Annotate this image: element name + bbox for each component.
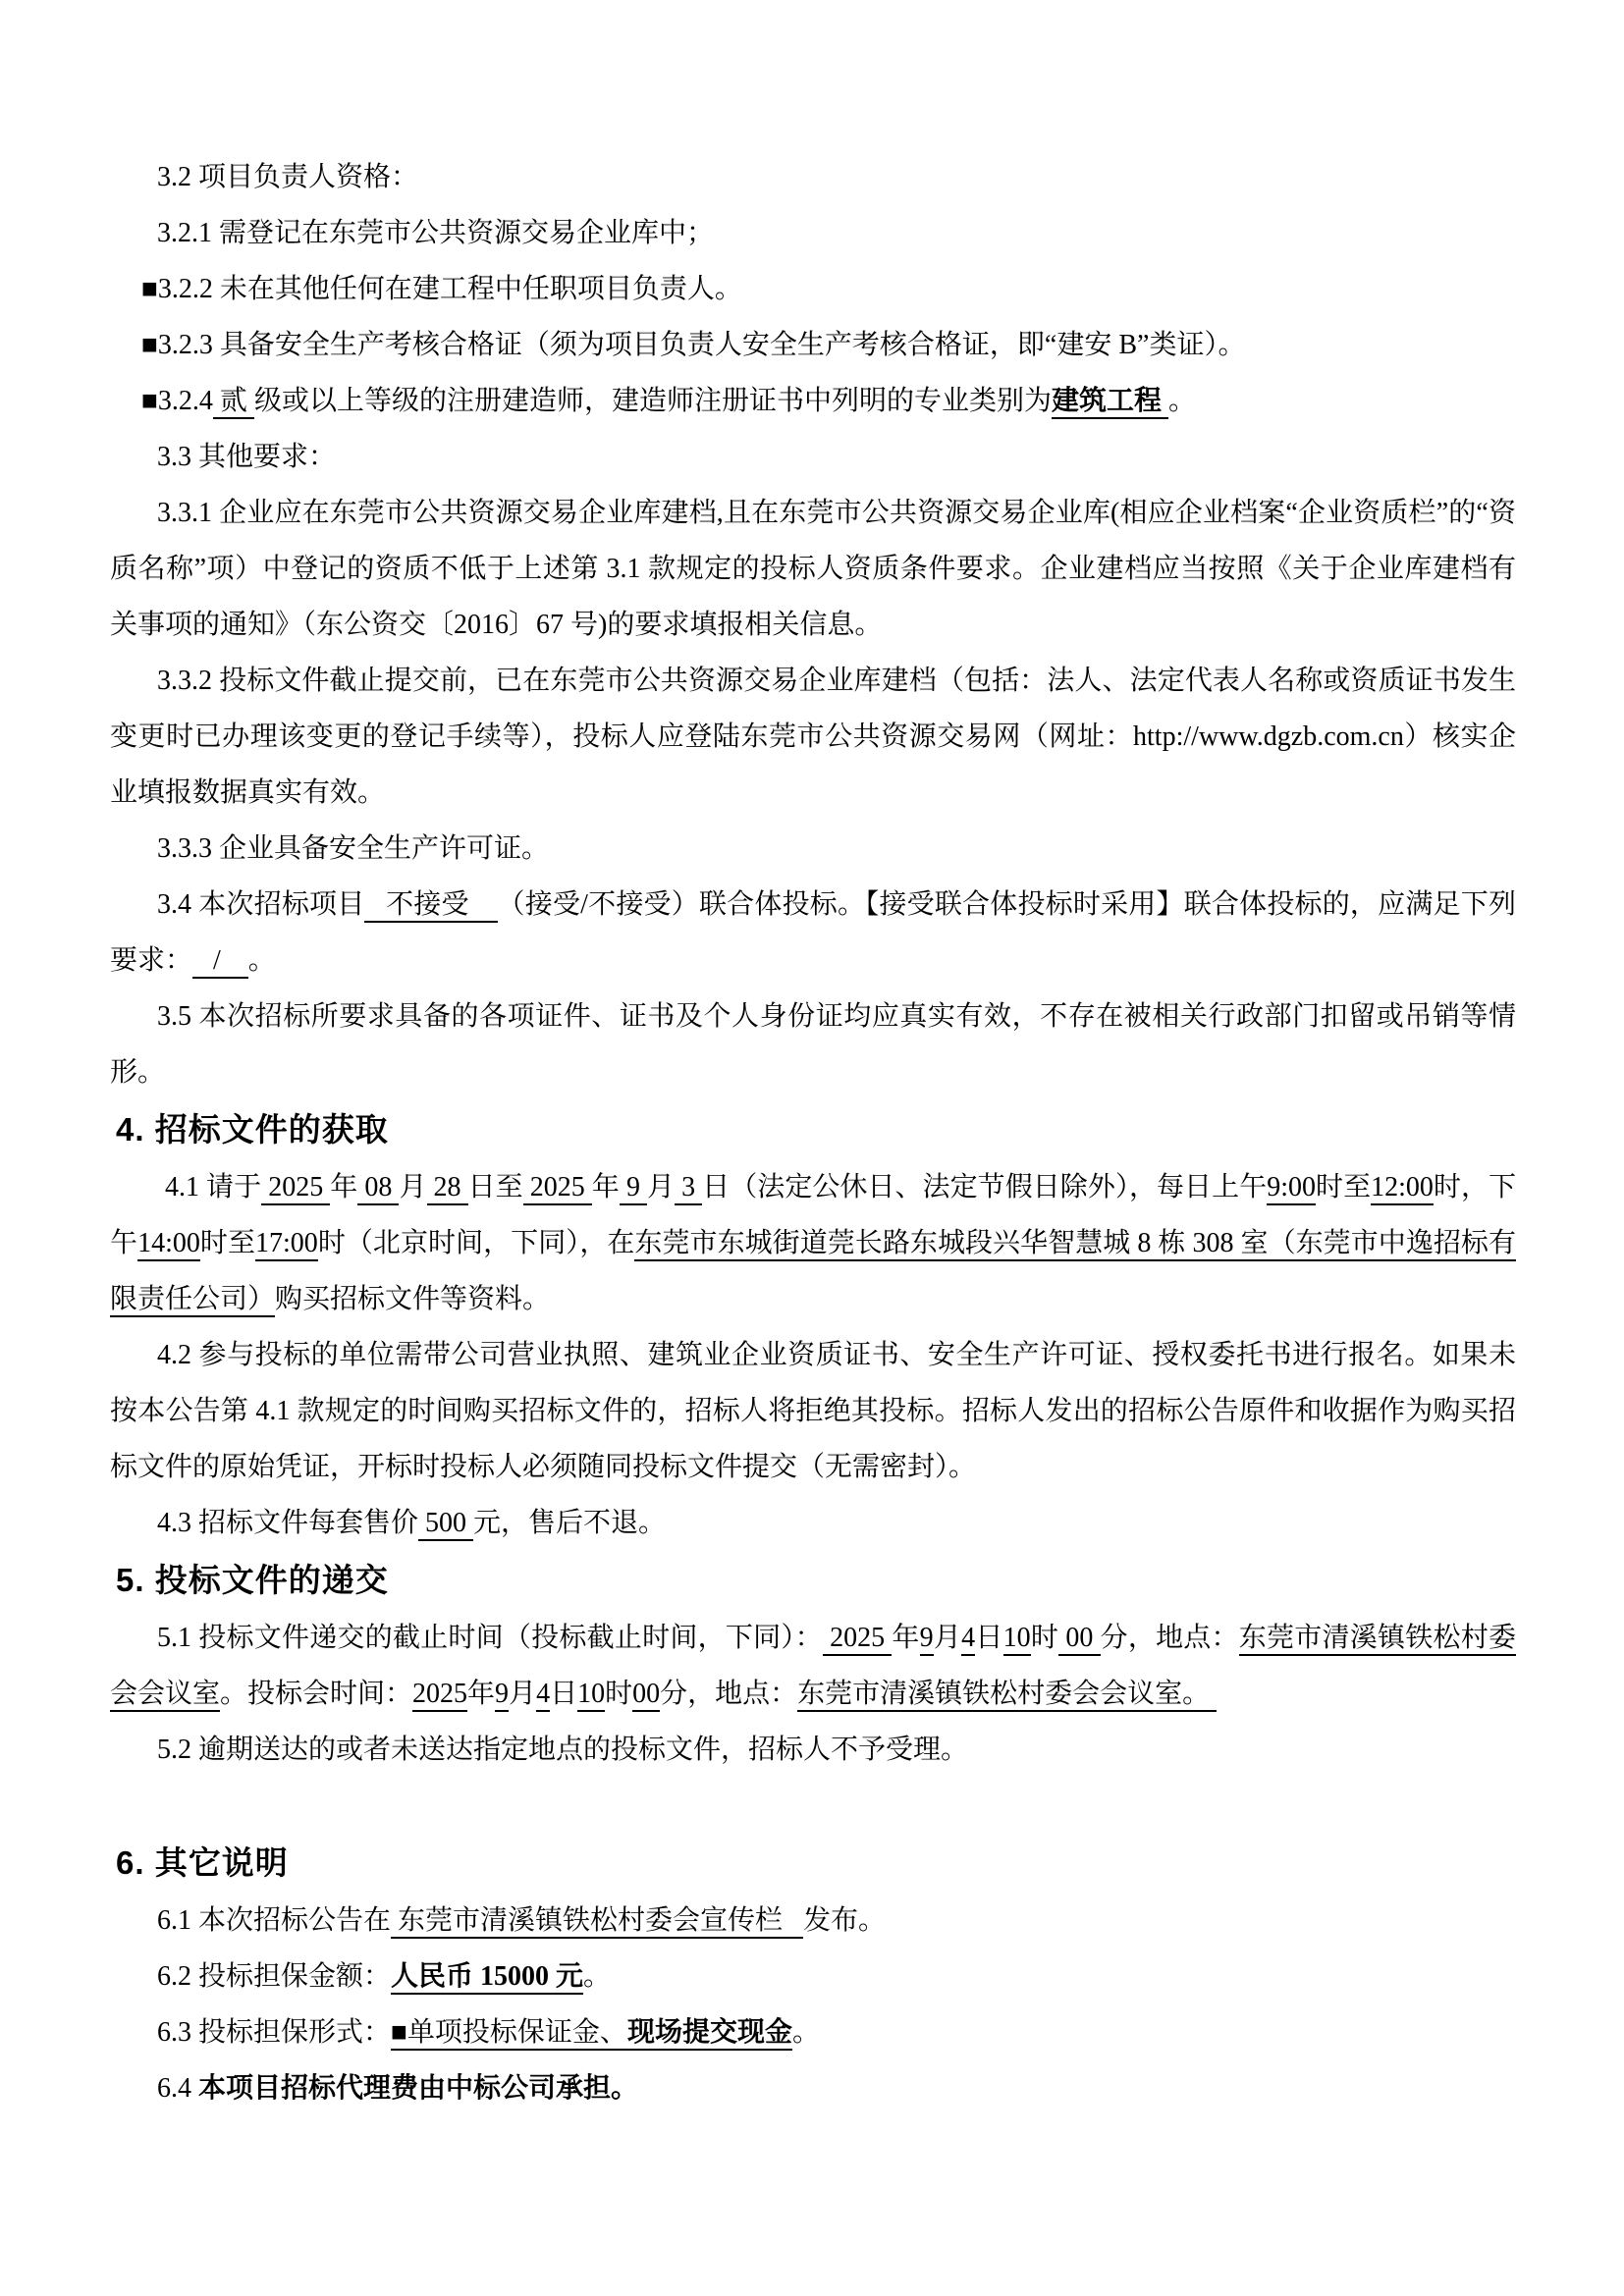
clause-3-5: 3.5 本次招标所要求具备的各项证件、证书及个人身份证均应真实有效，不存在被相关… xyxy=(110,988,1516,1100)
blank-line xyxy=(110,1778,1516,1834)
text-run: 建筑工程 xyxy=(1052,386,1168,419)
text-run: 3.5 本次招标所要求具备的各项证件、证书及个人身份证均应真实有效，不存在被相关… xyxy=(110,1001,1516,1088)
text-run: 时 xyxy=(1031,1623,1059,1653)
text-run: 3.2.1 需登记在东莞市公共资源交易企业库中； xyxy=(157,218,714,248)
text-run: 08 xyxy=(357,1172,399,1205)
text-run: 3 xyxy=(675,1172,702,1205)
text-run: 月 xyxy=(399,1172,426,1202)
clause-3-2-2: ■3.2.2 未在其他任何在建工程中任职项目负责人。 xyxy=(110,261,1516,317)
clause-4-1: 4.1 请于 2025 年 08 月 28 日至 2025 年 9 月 3 日（… xyxy=(110,1159,1516,1327)
text-run: 现场提交现金 xyxy=(627,2017,792,2051)
text-run: 3.3.1 企业应在东莞市公共资源交易企业库建档,且在东莞市公共资源交易企业库(… xyxy=(110,498,1516,640)
text-run: 4.2 参与投标的单位需带公司营业执照、建筑业企业资质证书、安全生产许可证、授权… xyxy=(110,1340,1516,1482)
text-run: 日（法定公休日、法定节假日除外），每日上午 xyxy=(702,1172,1267,1202)
text-run: 贰 xyxy=(213,386,254,419)
text-run: 2025 xyxy=(823,1623,893,1656)
clause-3-2-1: 3.2.1 需登记在东莞市公共资源交易企业库中； xyxy=(110,205,1516,261)
text-run: 5.2 逾期送达的或者未送达指定地点的投标文件，招标人不予受理。 xyxy=(157,1735,968,1765)
text-run: 不接受 xyxy=(364,889,497,923)
heading-section-6: 6. 其它说明 xyxy=(110,1834,1516,1893)
text-run: 3.2 项目负责人资格： xyxy=(157,162,418,192)
clause-6-3: 6.3 投标担保形式：■单项投标保证金、现场提交现金。 xyxy=(110,2004,1516,2060)
text-run: 6.2 投标担保金额： xyxy=(157,1961,391,1992)
text-run: 2025 xyxy=(412,1679,467,1712)
text-run: 。 xyxy=(1168,386,1196,416)
text-run: 年 xyxy=(467,1679,495,1709)
text-run: 时（北京时间，下同），在 xyxy=(318,1228,635,1258)
text-run: 日 xyxy=(550,1679,577,1709)
text-run: 时 xyxy=(605,1679,632,1709)
text-run: 元，售后不退。 xyxy=(473,1508,666,1538)
text-run: 。 xyxy=(248,945,276,976)
clause-3-3-3: 3.3.3 企业具备安全生产许可证。 xyxy=(110,821,1516,877)
text-run: 4.3 招标文件每套售价 xyxy=(157,1508,418,1538)
text-run: 3.3 其他要求： xyxy=(157,442,336,472)
text-run: 10 xyxy=(1003,1623,1031,1656)
clause-3-2-4: ■3.2.4 贰 级或以上等级的注册建造师，建造师注册证书中列明的专业类别为建筑… xyxy=(110,373,1516,429)
text-run: 6. 其它说明 xyxy=(116,1844,289,1881)
text-run: 时至 xyxy=(1316,1172,1371,1202)
text-run: 12:00 xyxy=(1371,1172,1434,1205)
text-run: 6.1 本次招标公告在 xyxy=(157,1905,391,1936)
text-run: 00 xyxy=(1058,1623,1101,1656)
text-run: 6.4 xyxy=(157,2073,198,2104)
text-run: 3.4 本次招标项目 xyxy=(157,889,364,920)
text-run: 。投标会时间： xyxy=(220,1679,412,1709)
text-run: 时至 xyxy=(200,1228,255,1258)
text-run: 东莞市清溪镇铁松村委会宣传栏 xyxy=(391,1905,803,1939)
text-run: 月 xyxy=(647,1172,675,1202)
text-run: 日至 xyxy=(468,1172,523,1202)
clause-6-2: 6.2 投标担保金额：人民币 15000 元。 xyxy=(110,1949,1516,2004)
text-run: 年 xyxy=(330,1172,357,1202)
text-run: 4.1 请于 xyxy=(165,1172,261,1202)
text-run: 9 xyxy=(920,1623,934,1656)
clause-3-2-3: ■3.2.3 具备安全生产考核合格证（须为项目负责人安全生产考核合格证，即“建安… xyxy=(110,317,1516,373)
clause-6-4: 6.4 本项目招标代理费由中标公司承担。 xyxy=(110,2060,1516,2116)
text-run: 6.3 投标担保形式： xyxy=(157,2017,391,2048)
text-run: 购买招标文件等资料。 xyxy=(275,1284,550,1314)
text-run: 年 xyxy=(892,1623,919,1653)
text-run: 4 xyxy=(536,1679,550,1712)
text-run: 年 xyxy=(592,1172,620,1202)
text-run: ■3.2.4 xyxy=(141,386,213,416)
text-run: 3.3.3 企业具备安全生产许可证。 xyxy=(157,833,549,864)
heading-section-5: 5. 投标文件的递交 xyxy=(110,1551,1516,1610)
text-run: 级或以上等级的注册建造师，建造师注册证书中列明的专业类别为 xyxy=(254,386,1052,416)
clause-4-2: 4.2 参与投标的单位需带公司营业执照、建筑业企业资质证书、安全生产许可证、授权… xyxy=(110,1327,1516,1495)
clause-5-1: 5.1 投标文件递交的截止时间（投标截止时间，下同）： 2025 年9月4日10… xyxy=(110,1610,1516,1722)
text-run: 3.3.2 投标文件截止提交前，已在东莞市公共资源交易企业库建档（包括：法人、法… xyxy=(110,666,1516,808)
text-run: 9 xyxy=(620,1172,647,1205)
text-run: 2025 xyxy=(261,1172,330,1205)
text-run: 500 xyxy=(418,1508,473,1541)
heading-section-4: 4. 招标文件的获取 xyxy=(110,1100,1516,1159)
text-run: 分，地点： xyxy=(1101,1623,1239,1653)
clause-3-4: 3.4 本次招标项目 不接受 （接受/不接受）联合体投标。【接受联合体投标时采用… xyxy=(110,877,1516,988)
text-run: ■3.2.2 未在其他任何在建工程中任职项目负责人。 xyxy=(141,274,742,304)
document-page: 3.2 项目负责人资格：3.2.1 需登记在东莞市公共资源交易企业库中；■3.2… xyxy=(0,0,1624,2116)
text-run: 月 xyxy=(509,1679,536,1709)
clause-6-1: 6.1 本次招标公告在 东莞市清溪镇铁松村委会宣传栏 发布。 xyxy=(110,1893,1516,1949)
text-run: 9:00 xyxy=(1267,1172,1316,1205)
text-run: 人民币 15000 元 xyxy=(391,1961,583,1995)
clause-5-2: 5.2 逾期送达的或者未送达指定地点的投标文件，招标人不予受理。 xyxy=(110,1722,1516,1778)
clause-3-3-2: 3.3.2 投标文件截止提交前，已在东莞市公共资源交易企业库建档（包括：法人、法… xyxy=(110,653,1516,821)
text-run: 日 xyxy=(975,1623,1003,1653)
text-run: ■3.2.3 具备安全生产考核合格证（须为项目负责人安全生产考核合格证，即“建安… xyxy=(141,330,1245,360)
text-run: 东莞市清溪镇铁松村委会会议室。 xyxy=(797,1679,1217,1712)
text-run: 分，地点： xyxy=(660,1679,797,1709)
text-run: 2025 xyxy=(523,1172,592,1205)
text-run: 00 xyxy=(632,1679,660,1712)
text-run: 月 xyxy=(934,1623,962,1653)
clause-3-2: 3.2 项目负责人资格： xyxy=(110,149,1516,205)
text-run: / xyxy=(192,945,248,979)
text-run: 17:00 xyxy=(255,1228,318,1261)
text-run: ■单项投标保证金、 xyxy=(391,2017,627,2051)
text-run: 4. 招标文件的获取 xyxy=(116,1111,389,1148)
text-run: 。 xyxy=(792,2017,820,2048)
text-run: 本项目招标代理费由中标公司承担。 xyxy=(198,2073,638,2104)
clause-4-3: 4.3 招标文件每套售价 500 元，售后不退。 xyxy=(110,1495,1516,1551)
text-run: 4 xyxy=(961,1623,975,1656)
text-run: 5. 投标文件的递交 xyxy=(116,1562,389,1598)
text-run: 10 xyxy=(577,1679,605,1712)
text-run: 28 xyxy=(427,1172,468,1205)
text-run: 。 xyxy=(583,1961,611,1992)
clause-3-3-1: 3.3.1 企业应在东莞市公共资源交易企业库建档,且在东莞市公共资源交易企业库(… xyxy=(110,485,1516,653)
text-run: 14:00 xyxy=(137,1228,200,1261)
clause-3-3: 3.3 其他要求： xyxy=(110,429,1516,485)
text-run: 9 xyxy=(495,1679,509,1712)
text-run: 发布。 xyxy=(803,1905,886,1936)
text-run: 5.1 投标文件递交的截止时间（投标截止时间，下同）： xyxy=(157,1623,823,1653)
